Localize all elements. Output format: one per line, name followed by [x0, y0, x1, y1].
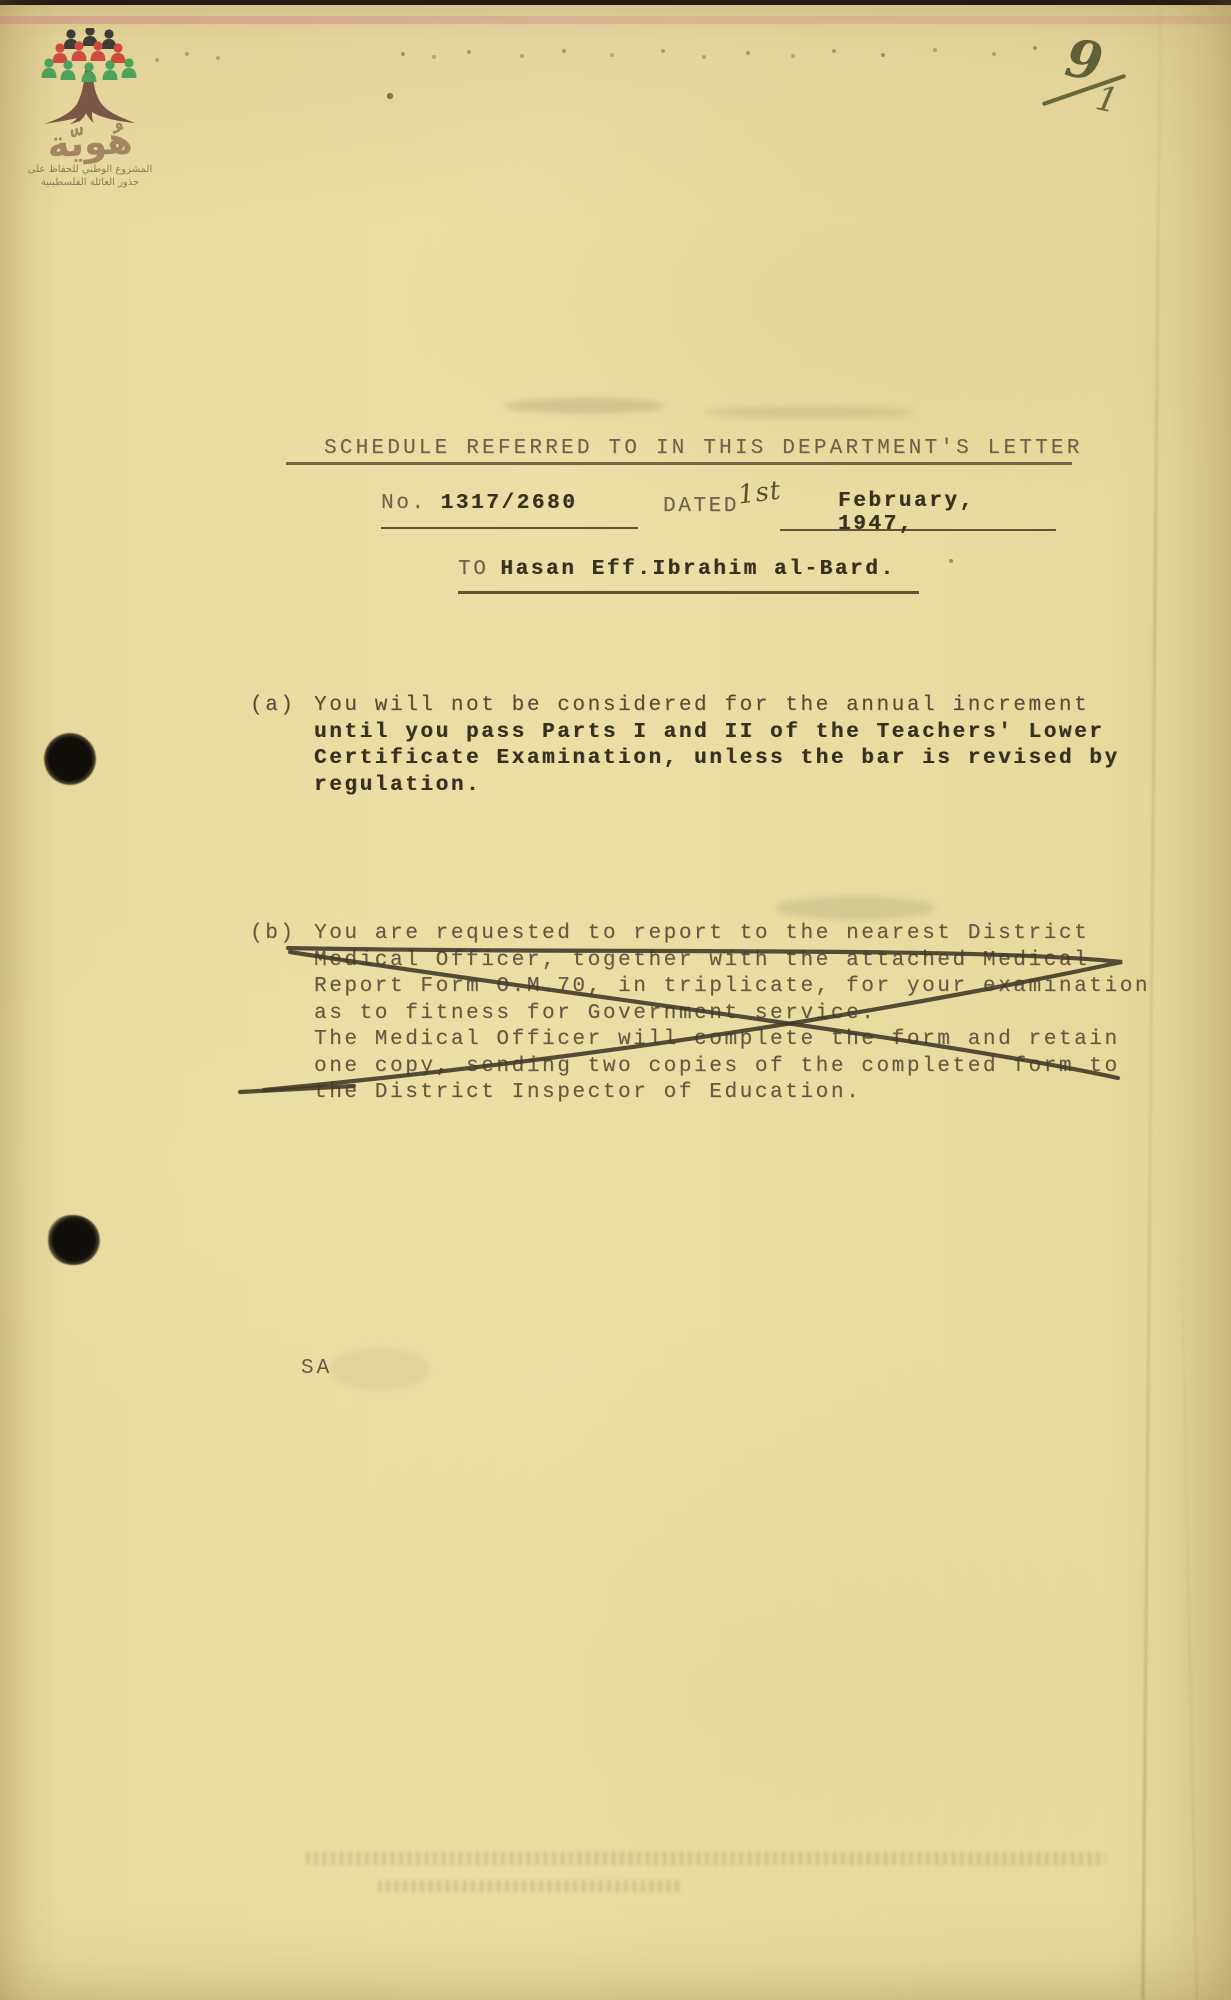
recipient-ruled-line: TOHasan Eff.Ibrahim al-Bard.	[458, 558, 919, 594]
punch-hole	[44, 733, 96, 785]
text-line: one copy, sending two copies of the comp…	[314, 1054, 1210, 1081]
scanned-document-page: { "document": { "header": { "title": "SC…	[0, 0, 1231, 2000]
ink-smudge	[330, 1348, 430, 1390]
recipient-name: Hasan Eff.Ibrahim al-Bard.	[500, 558, 895, 581]
paragraph-a-lines: You will not be considered for the annua…	[314, 693, 1210, 799]
handwritten-day: 1st	[736, 475, 783, 510]
text-line: Report Form O.M.70, in triplicate, for y…	[314, 974, 1210, 1001]
bleedthrough-text-ghost	[306, 1852, 1106, 1865]
date-ruled-line: February, 1947,	[780, 490, 1056, 531]
ink-smudge	[505, 398, 665, 414]
reference-number: 1317/2680	[441, 492, 578, 515]
paper-speckles	[0, 0, 2, 2]
no-label: No.	[381, 492, 427, 515]
paragraph-b-label: (b)	[250, 921, 296, 948]
text-line: Medical Officer, together with the attac…	[314, 948, 1210, 975]
scan-top-edge	[0, 0, 1231, 5]
text-line: The Medical Officer will complete the fo…	[314, 1027, 1210, 1054]
date-value: February, 1947,	[838, 490, 975, 536]
scan-pink-band	[0, 16, 1231, 24]
text-line: You will not be considered for the annua…	[314, 693, 1210, 720]
ink-smudge	[705, 406, 915, 419]
ink-smudge	[775, 896, 935, 920]
text-line: the District Inspector of Education.	[314, 1080, 1210, 1107]
punch-hole	[48, 1215, 100, 1265]
dated-label: DATED	[663, 495, 739, 518]
bleedthrough-text-ghost	[378, 1880, 683, 1892]
paragraph-a: (a) You will not be considered for the a…	[250, 693, 1210, 799]
logo-subtitle-line2: جذور العائلة الفلسطينية	[26, 176, 154, 189]
paragraph-b-crossed-out: (b) You are requested to report to the n…	[250, 921, 1210, 1107]
paragraph-b-lines: You are requested to report to the neare…	[314, 921, 1210, 1107]
paragraph-a-label: (a)	[250, 693, 296, 720]
text-line: until you pass Parts I and II of the Tea…	[314, 720, 1210, 747]
huwiyya-archive-logo: هُويّة المشروع الوطني للحفاظ على جذور ال…	[26, 28, 154, 189]
text-line: regulation.	[314, 773, 1210, 800]
clerk-initials: SA	[301, 1357, 332, 1380]
text-line: Certificate Examination, unless the bar …	[314, 746, 1210, 773]
paper-crease	[1176, 1050, 1198, 2000]
people-tree-logo-icon	[34, 28, 146, 124]
text-line: You are requested to report to the neare…	[314, 921, 1210, 948]
people-canopy	[42, 28, 137, 82]
text-line: as to fitness for Government service.	[314, 1001, 1210, 1028]
to-label: TO	[458, 558, 488, 581]
paper-top-tint	[0, 5, 1231, 220]
document-title: SCHEDULE REFERRED TO IN THIS DEPARTMENT'…	[286, 437, 1072, 465]
reference-number-ruled-line: No.1317/2680	[381, 492, 638, 529]
logo-wordmark-arabic: هُويّة	[25, 120, 155, 167]
